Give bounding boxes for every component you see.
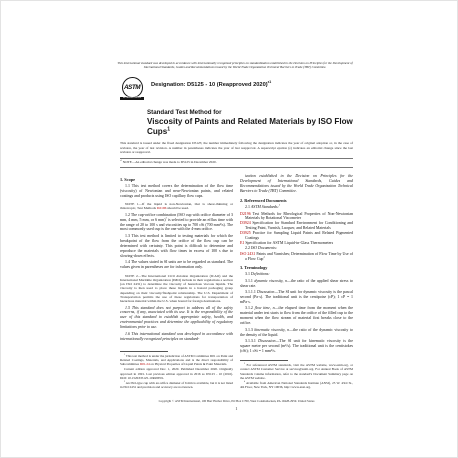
section-heading-scope: 1. Scope: [120, 177, 233, 182]
footnote-marker-4: 4: [263, 256, 264, 259]
right-column: ization established in the Decision on P…: [240, 174, 353, 390]
astm-logo-text: ASTM: [124, 84, 140, 91]
left-footnotes: 1 This test method is under the jurisdic…: [120, 346, 233, 390]
para-1-4: 1.4 The values stated in SI units are to…: [120, 260, 233, 270]
footnote-1: 1 This test method is under the jurisdic…: [120, 354, 233, 366]
designation-text: Designation: D5125 - 10 (Reapproved 2020…: [151, 82, 268, 88]
ref-link-d2196-inline[interactable]: D2196: [157, 206, 167, 210]
astm-logo-icon: ASTM INTERNATIONAL: [120, 77, 144, 100]
document-title: Standard Test Method for Viscosity of Pa…: [147, 109, 353, 137]
para-3-1: 3.1 Definitions:: [240, 272, 353, 277]
left-column: 1. Scope 1.1 This test method covers the…: [120, 174, 233, 390]
editorial-change-note: ε1 NOTE—An editorial change was made to …: [120, 160, 353, 164]
title-line2: Viscosity of Paints and Related Material…: [147, 117, 353, 136]
designation-line: Designation: D5125 - 10 (Reapproved 2020…: [151, 77, 271, 88]
para-1-1: 1.1 This test method covers the determin…: [120, 184, 233, 199]
para-2-1: 2.1 ASTM Standards:3: [240, 205, 353, 210]
tbt-disclaimer: This international standard was develope…: [112, 61, 358, 69]
para-1-5: 1.5 This standard does not purport to ad…: [120, 306, 233, 331]
astm-logo-circle: ASTM: [122, 77, 143, 98]
para-1-3: 1.3 This test method is limited to testi…: [120, 234, 233, 259]
section-heading-referenced-documents: 2. Referenced Documents: [240, 198, 353, 203]
section-heading-terminology: 3. Terminology: [240, 265, 353, 270]
document-page: This international standard was develope…: [0, 0, 458, 458]
designation-superscript: ε1: [268, 80, 272, 84]
para-3-1-3: 3.1.3 kinematic viscosity, n—the ratio o…: [240, 328, 353, 338]
footnote-2: 2 An ISO-type cup with an orifice diamet…: [120, 381, 233, 389]
page-number: 1: [120, 407, 353, 411]
footnote-3: 3 For referenced ASTM standards, visit t…: [240, 363, 353, 379]
header-brand-row: ASTM INTERNATIONAL Designation: D5125 - …: [120, 77, 353, 100]
divider-rule-top: [120, 158, 353, 159]
para-3-1-1-1: 3.1.1.1 Discussion—The SI unit for dynam…: [240, 290, 353, 305]
footnote-1-edition: Current edition approved Dec. 1, 2020. P…: [120, 367, 233, 379]
issuance-note: This standard is issued under the fixed …: [120, 141, 353, 154]
title-line1: Standard Test Method for: [147, 109, 353, 116]
para-1-2: 1.2 The cup-orifice combination (ISO cup…: [120, 213, 233, 233]
para-3-1-2: 3.1.2 flow time, n—the elapsed time from…: [240, 306, 353, 326]
copyright-line: Copyright © ASTM International, 100 Barr…: [120, 399, 353, 403]
footnote-marker-3: 3: [279, 204, 280, 207]
para-3-1-1: 3.1.1 dynamic viscosity, n—the ratio of …: [240, 279, 353, 289]
para-2-2: 2.2 ISO Documents:: [240, 246, 353, 251]
para-1-6-continued: ization established in the Decision on P…: [240, 174, 353, 194]
astm-logo-international: INTERNATIONAL: [120, 97, 144, 100]
footnote-rule-right: [240, 360, 288, 361]
two-column-body: 1. Scope 1.1 This test method covers the…: [120, 174, 353, 390]
note-1: NOTE 1—If the liquid is non-Newtonian, t…: [120, 202, 233, 211]
title-footnote-marker: 1: [167, 126, 170, 132]
para-3-1-3-1: 3.1.3.1 Discussion—The SI unit for kinem…: [240, 339, 353, 354]
para-1-6: 1.6 This international standard was deve…: [120, 332, 233, 342]
ref-link-d0124[interactable]: D01.24: [140, 362, 150, 366]
ref-item-iso2431: ISO 2431 Paints and Varnishes; Determina…: [240, 252, 353, 262]
footnote-rule-left: [120, 351, 168, 352]
note-2: NOTE 2—The International Civil Aviation …: [120, 274, 233, 304]
page-content: This international standard was develope…: [120, 61, 353, 415]
divider-rule-bottom: [120, 167, 353, 168]
footnote-4: 4 Available from American National Stand…: [240, 381, 353, 389]
right-footnotes: 3 For referenced ASTM standards, visit t…: [240, 355, 353, 390]
